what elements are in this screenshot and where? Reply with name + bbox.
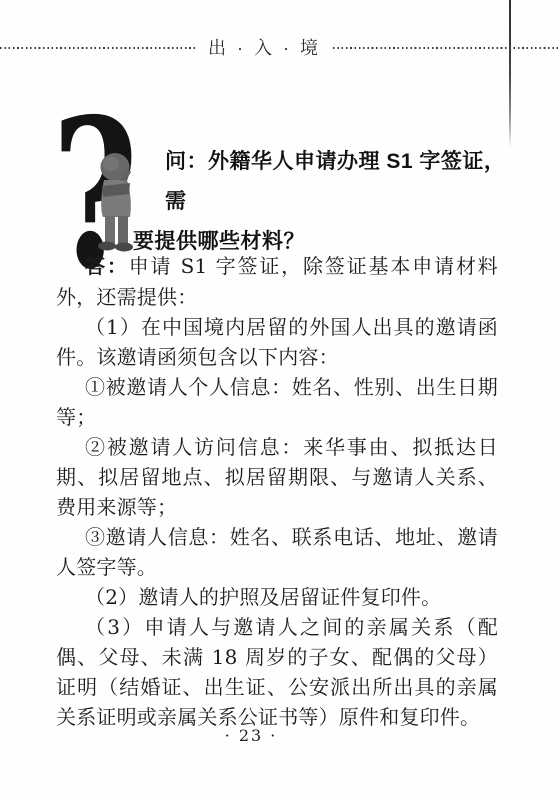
answer-intro-paragraph: 答：申请 S1 字签证，除签证基本申请材料外，还需提供： — [56, 251, 498, 312]
answer-label: 答： — [85, 256, 129, 278]
book-page: 出 · 入 · 境 ? 问：外籍华人申请办理 S1 字签证，需 要提供哪些材料？ — [0, 0, 558, 793]
answer-paragraph-5: （2）邀请人的护照及居留证件复印件。 — [56, 582, 498, 612]
question-heading: 问：外籍华人申请办理 S1 字签证，需 要提供哪些材料？ — [133, 142, 519, 262]
answer-paragraph-4: ③邀请人信息：姓名、联系电话、地址、邀请人签字等。 — [56, 522, 498, 582]
scan-edge-artifact — [509, 0, 511, 148]
section-title: 出 · 入 · 境 — [196, 36, 333, 60]
answer-paragraph-1: （1）在中国境内居留的外国人出具的邀请函件。该邀请函须包含以下内容： — [56, 312, 498, 372]
dotted-rule-right — [333, 47, 558, 49]
answer-paragraph-3: ②被邀请人访问信息：来华事由、拟抵达日期、拟居留地点、拟居留期限、与邀请人关系、… — [56, 432, 498, 522]
answer-paragraph-2: ①被邀请人个人信息：姓名、性别、出生日期等； — [56, 372, 498, 432]
page-header: 出 · 入 · 境 — [0, 36, 558, 60]
dotted-rule-left — [0, 47, 196, 49]
page-number: · 23 · — [0, 726, 502, 745]
question-line-1: 问：外籍华人申请办理 S1 字签证，需 — [133, 142, 519, 222]
answer-paragraph-6: （3）申请人与邀请人之间的亲属关系（配偶、父母、未满 18 周岁的子女、配偶的父… — [56, 612, 498, 732]
answer-body: 答：申请 S1 字签证，除签证基本申请材料外，还需提供： （1）在中国境内居留的… — [56, 251, 498, 732]
